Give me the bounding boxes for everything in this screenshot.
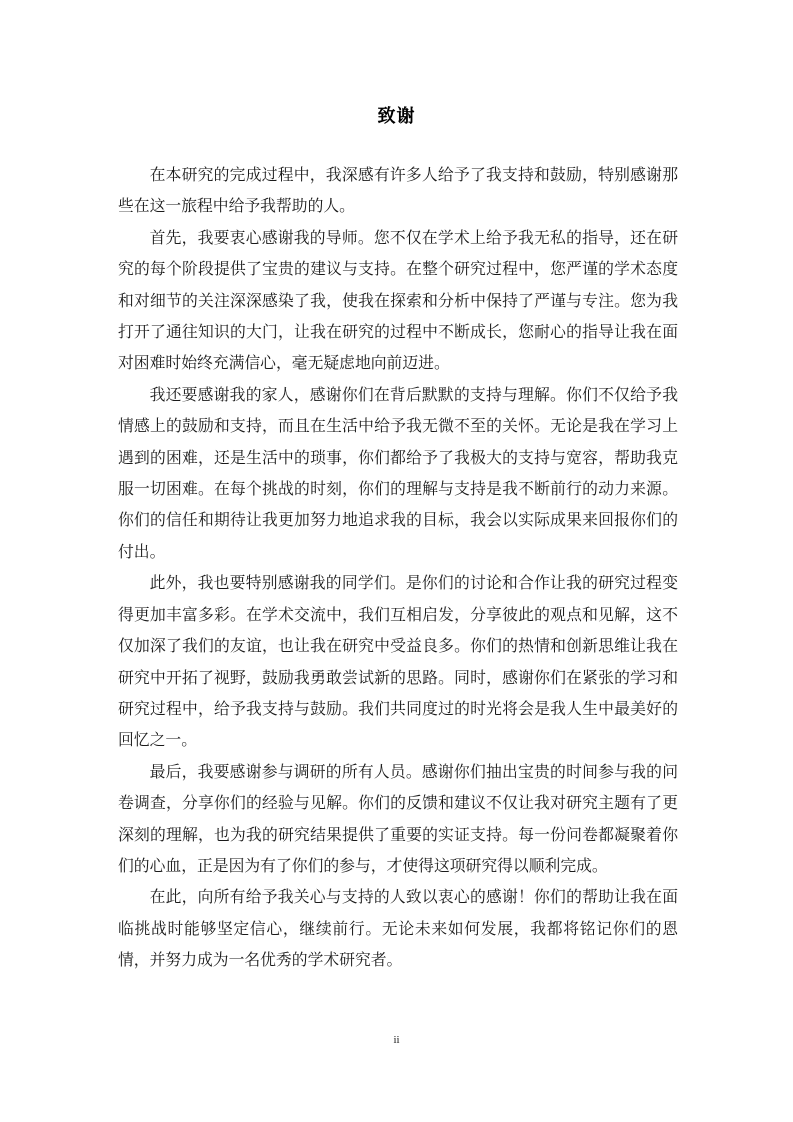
paragraph-advisor: 首先，我要衷心感谢我的导师。您不仅在学术上给予我无私的指导，还在研究的每个阶段提… — [118, 222, 678, 379]
page-number: ii — [0, 1033, 793, 1047]
page-title: 致谢 — [0, 104, 793, 130]
document-page: 致谢 在本研究的完成过程中，我深感有许多人给予了我支持和鼓励，特别感谢那些在这一… — [0, 0, 793, 1122]
acknowledgements-body: 在本研究的完成过程中，我深感有许多人给予了我支持和鼓励，特别感谢那些在这一旅程中… — [118, 159, 678, 976]
paragraph-closing: 在此，向所有给予我关心与支持的人致以衷心的感谢！你们的帮助让我在面临挑战时能够坚… — [118, 881, 678, 975]
paragraph-participants: 最后，我要感谢参与调研的所有人员。感谢你们抽出宝贵的时间参与我的问卷调查，分享你… — [118, 756, 678, 882]
paragraph-classmates: 此外，我也要特别感谢我的同学们。是你们的讨论和合作让我的研究过程变得更加丰富多彩… — [118, 567, 678, 755]
paragraph-family: 我还要感谢我的家人，感谢你们在背后默默的支持与理解。你们不仅给予我情感上的鼓励和… — [118, 379, 678, 567]
paragraph-intro: 在本研究的完成过程中，我深感有许多人给予了我支持和鼓励，特别感谢那些在这一旅程中… — [118, 159, 678, 222]
